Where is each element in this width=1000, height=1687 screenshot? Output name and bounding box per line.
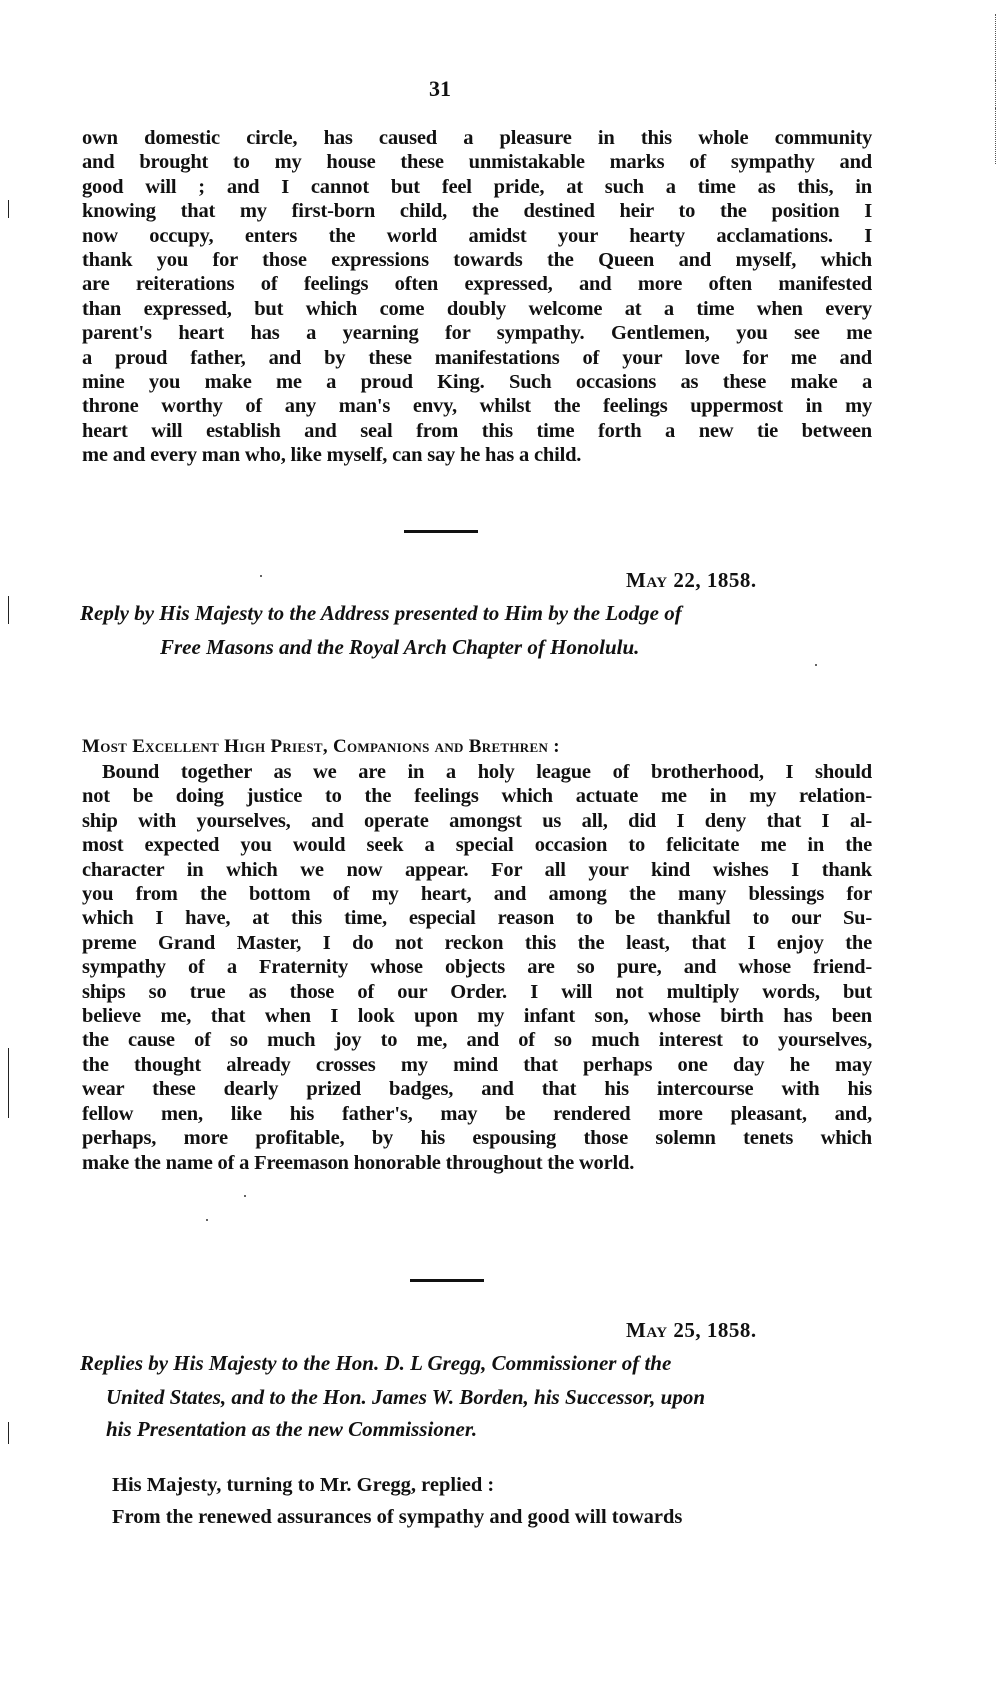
text-line: the cause of so much joy to me, and of s…: [82, 1028, 872, 1052]
text-line: Bound together as we are in a holy leagu…: [82, 760, 872, 784]
text-line: are reiterations of feelings often expre…: [82, 272, 872, 296]
margin-mark: [8, 596, 9, 624]
text-line: knowing that my first-born child, the de…: [82, 199, 872, 223]
section2-date: May 22, 1858.: [626, 568, 757, 593]
scan-edge-line: [995, 108, 996, 146]
text-line: heart will establish and seal from this …: [82, 419, 872, 443]
text-line: sympathy of a Fraternity whose objects a…: [82, 955, 872, 979]
text-line: make the name of a Freemason honorable t…: [82, 1151, 872, 1175]
text-line: ship with yourselves, and operate amongs…: [82, 809, 872, 833]
scan-speck: [260, 575, 262, 577]
section3-heading-line1: Replies by His Majesty to the Hon. D. L …: [80, 1348, 671, 1378]
section3-line1: His Majesty, turning to Mr. Gregg, repli…: [112, 1474, 494, 1497]
section3-heading-line2: United States, and to the Hon. James W. …: [106, 1382, 705, 1412]
section3-date: May 25, 1858.: [626, 1318, 757, 1343]
text-line: perhaps, more profitable, by his espousi…: [82, 1126, 872, 1150]
text-line: now occupy, enters the world amidst your…: [82, 224, 872, 248]
section-divider: [404, 530, 478, 533]
text-line: you from the bottom of my heart, and amo…: [82, 882, 872, 906]
section3-line2: From the renewed assurances of sympathy …: [112, 1506, 682, 1529]
section2-salutation: Most Excellent High Priest, Companions a…: [82, 736, 560, 758]
text-line: wear these dearly prized badges, and tha…: [82, 1077, 872, 1101]
text-line: own domestic circle, has caused a pleasu…: [82, 126, 872, 150]
text-line: me and every man who, like myself, can s…: [82, 443, 872, 467]
section-divider: [410, 1279, 484, 1282]
text-line: fellow men, like his father's, may be re…: [82, 1102, 872, 1126]
scan-edge-line: [995, 80, 996, 96]
text-line: believe me, that when I look upon my inf…: [82, 1004, 872, 1028]
section2-paragraph: Bound together as we are in a holy leagu…: [82, 760, 872, 1175]
text-line: and brought to my house these unmistakab…: [82, 150, 872, 174]
text-line: not be doing justice to the feelings whi…: [82, 784, 872, 808]
text-line: thank you for those expressions towards …: [82, 248, 872, 272]
margin-mark: [8, 1422, 9, 1444]
page-number: 31: [0, 76, 880, 102]
margin-mark: [8, 1048, 9, 1118]
text-line: good will ; and I cannot but feel pride,…: [82, 175, 872, 199]
text-line: ships so true as those of our Order. I w…: [82, 980, 872, 1004]
text-line: a proud father, and by these manifestati…: [82, 346, 872, 370]
text-line: parent's heart has a yearning for sympat…: [82, 321, 872, 345]
text-line: which I have, at this time, especial rea…: [82, 906, 872, 930]
text-line: character in which we now appear. For al…: [82, 858, 872, 882]
section2-heading-line1: Reply by His Majesty to the Address pres…: [80, 598, 682, 628]
text-line: the thought already crosses my mind that…: [82, 1053, 872, 1077]
section3-heading-line3: his Presentation as the new Commissioner…: [106, 1414, 477, 1444]
section2-heading-line2: Free Masons and the Royal Arch Chapter o…: [160, 632, 639, 662]
text-line: preme Grand Master, I do not reckon this…: [82, 931, 872, 955]
text-line: throne worthy of any man's envy, whilst …: [82, 394, 872, 418]
scan-speck: [206, 1219, 208, 1221]
text-line: than expressed, but which come doubly we…: [82, 297, 872, 321]
text-line: most expected you would seek a special o…: [82, 833, 872, 857]
text-line: mine you make me a proud King. Such occa…: [82, 370, 872, 394]
scan-speck: [815, 664, 817, 666]
scan-speck: [244, 1195, 246, 1197]
margin-mark: [8, 200, 9, 218]
section1-paragraph: own domestic circle, has caused a pleasu…: [82, 126, 872, 468]
